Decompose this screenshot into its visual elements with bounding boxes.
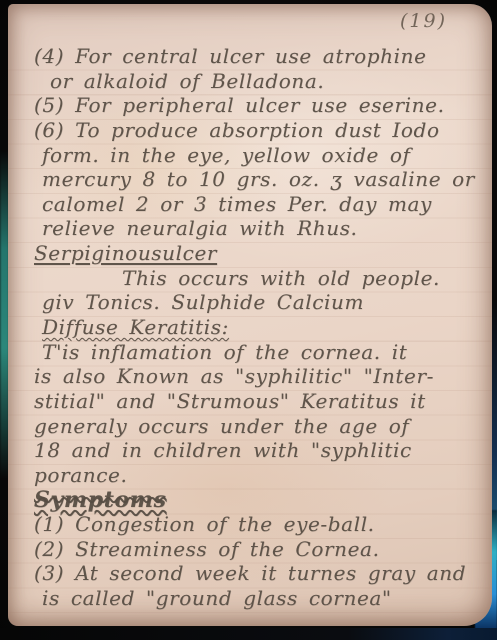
handwritten-line: This occurs with old people. — [34, 266, 486, 291]
section-heading-diffuse-keratitis: Diffuse Keratitis: — [34, 315, 486, 340]
handwritten-line: (5) For peripheral ulcer use eserine. — [34, 93, 486, 118]
handwritten-line: giv Tonics. Sulphide Calcium — [34, 290, 486, 315]
handwritten-line: relieve neuralgia with Rhus. — [34, 216, 486, 241]
handwritten-line: or alkaloid of Belladona. — [34, 69, 486, 94]
page-number: (19) — [400, 10, 447, 32]
handwritten-line: porance. — [34, 463, 486, 488]
photo-bottom-edge — [0, 628, 497, 640]
photo-backdrop: (19) (4) For central ulcer use atrophine… — [0, 0, 497, 640]
handwritten-line: generaly occurs under the age of — [34, 414, 486, 439]
handwritten-line: form. in the eye, yellow oxide of — [34, 143, 486, 168]
handwritten-line: (1) Congestion of the eye-ball. — [34, 512, 486, 537]
handwritten-line: is also Known as "syphilitic" "Inter- — [34, 364, 486, 389]
handwritten-line: T'is inflamation of the cornea. it — [34, 340, 486, 365]
section-heading-serpiginous-ulcer: Serpiginousulcer — [34, 241, 486, 266]
handwritten-line: (3) At second week it turnes gray and — [34, 561, 486, 586]
handwritten-line: stitial" and "Strumous" Keratitus it — [34, 389, 486, 414]
handwritten-line: 18 and in children with "syphlitic — [34, 438, 486, 463]
handwritten-line: is called "ground glass cornea" — [34, 586, 486, 611]
handwritten-line: mercury 8 to 10 grs. oz. ʒ vasaline or — [34, 167, 486, 192]
handwritten-text: (4) For central ulcer use atrophine or a… — [34, 44, 486, 611]
notebook-page: (19) (4) For central ulcer use atrophine… — [8, 4, 492, 626]
section-heading-symptoms: Symptoms — [34, 488, 486, 513]
handwritten-line: calomel 2 or 3 times Per. day may — [34, 192, 486, 217]
handwritten-line: (6) To produce absorption dust Iodo — [34, 118, 486, 143]
handwritten-line: (2) Streaminess of the Cornea. — [34, 537, 486, 562]
handwritten-line: (4) For central ulcer use atrophine — [34, 44, 486, 69]
